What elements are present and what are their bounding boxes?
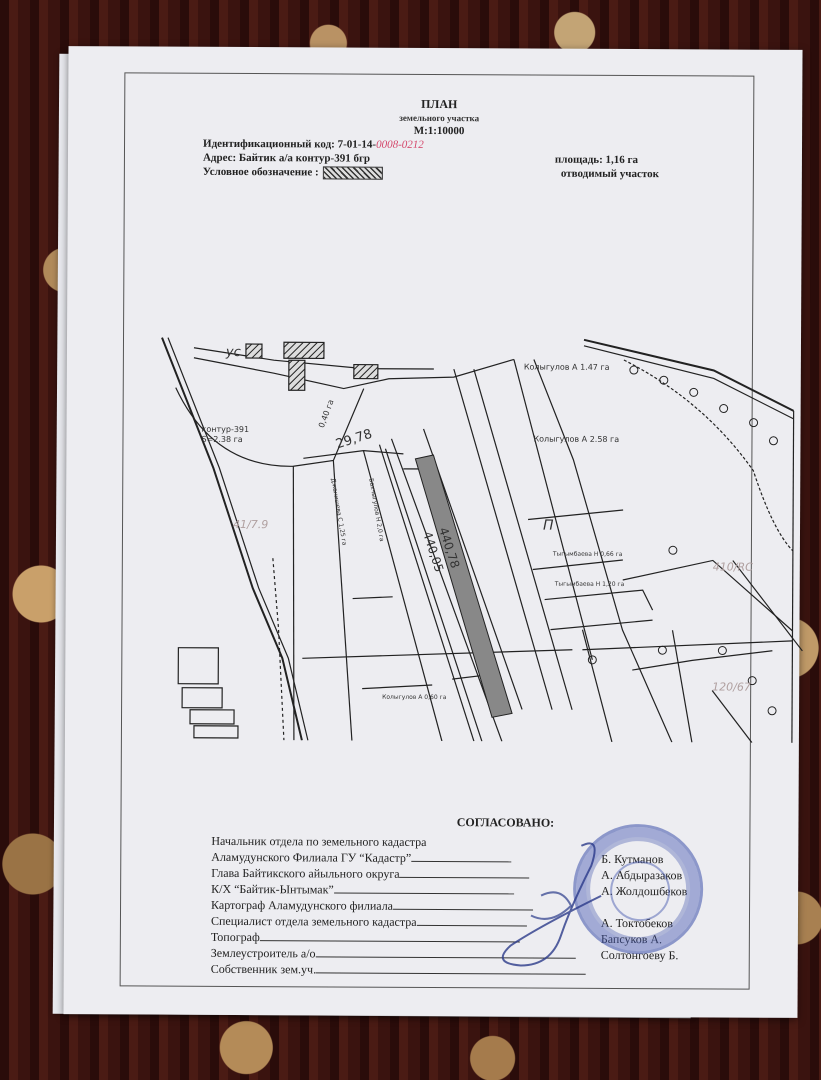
id-code-handwritten: 0008-0212 bbox=[376, 139, 424, 151]
area-value: площадь: 1,16 га bbox=[555, 154, 638, 166]
land-plot-plan-sheet: ПЛАН земельного участка М:1:10000 Иденти… bbox=[63, 46, 802, 1018]
document-frame: ПЛАН земельного участка М:1:10000 Иденти… bbox=[120, 72, 755, 989]
contour-label: контур-391 bbox=[202, 425, 250, 434]
hatch-legend-icon bbox=[323, 166, 383, 179]
handwritten-note: 120/67 bbox=[712, 680, 751, 693]
plot-us-label: ус bbox=[225, 345, 241, 360]
parcel-label: Колыгулов А 1.47 га bbox=[524, 362, 610, 371]
contour-area: S=2.38 га bbox=[201, 435, 242, 444]
dimension-top: 29,78 bbox=[334, 427, 374, 453]
address-line: Адрес: Байтик а/а контур-391 бгр bbox=[203, 152, 370, 165]
map-scale: М:1:10000 bbox=[125, 123, 753, 138]
cadastral-map: контур-391 S=2.38 га ус 29,78 440,78 440… bbox=[152, 328, 814, 743]
parcel-label: Колыгулов А 0,60 га bbox=[382, 694, 447, 701]
parcel-040: 0,40 га bbox=[317, 398, 336, 429]
document-subtitle: земельного участка bbox=[125, 111, 753, 124]
handwritten-note: 41/7.9 bbox=[233, 518, 268, 531]
legend-label: Условное обозначение : bbox=[203, 166, 319, 179]
legend-line: Условное обозначение : bbox=[203, 166, 383, 180]
parcel-label: Тыгымбаева Н 0,66 га bbox=[552, 551, 623, 558]
id-code-label: Идентификационный код: 7-01-14- bbox=[203, 138, 376, 151]
approval-row: Начальник отдела по земельного кадастра bbox=[211, 834, 426, 850]
area-note: отводимый участок bbox=[561, 168, 659, 181]
handwritten-note: 410/RC bbox=[713, 560, 753, 573]
signature-icon bbox=[451, 835, 652, 976]
handwritten-note: П bbox=[543, 518, 554, 534]
id-code-line: Идентификационный код: 7-01-14-0008-0212 bbox=[203, 138, 424, 151]
parcel-label: Тыгымбаева Н 1,20 га bbox=[554, 581, 625, 588]
parcel-label: Колыгулов А 2.58 га bbox=[533, 435, 619, 444]
parcel-label: Бахчыгулов Н 2,0 га bbox=[367, 478, 385, 543]
